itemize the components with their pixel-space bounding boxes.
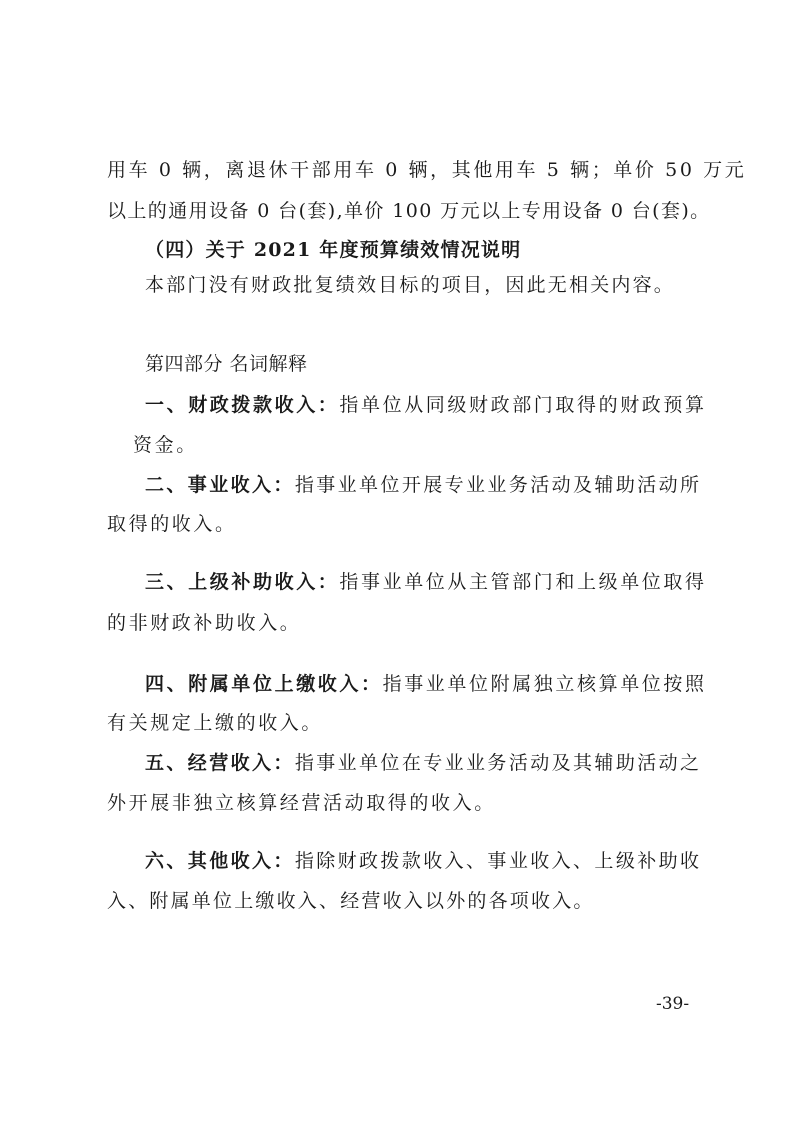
term-label: 四、附属单位上缴收入： bbox=[145, 673, 383, 695]
term-text: 指事业单位开展专业业务活动及辅助活动所 bbox=[295, 474, 702, 496]
term-definition-continued: 资金。 bbox=[133, 433, 198, 457]
section-heading: （四）关于 2021 年度预算绩效情况说明 bbox=[145, 238, 521, 262]
page-number: -39- bbox=[656, 994, 689, 1014]
term-definition-continued: 有关规定上缴的收入。 bbox=[107, 711, 323, 735]
term-label: 三、上级补助收入： bbox=[145, 571, 339, 593]
term-text: 指除财政拨款收入、事业收入、上级补助收 bbox=[295, 850, 702, 872]
paragraph-line: 以上的通用设备 0 台(套),单价 100 万元以上专用设备 0 台(套)。 bbox=[107, 199, 711, 223]
paragraph-line: 用车 0 辆，离退休干部用车 0 辆，其他用车 5 辆；单价 50 万元 bbox=[107, 158, 746, 182]
term-definition: 一、财政拨款收入：指单位从同级财政部门取得的财政预算 bbox=[145, 393, 707, 417]
term-label: 六、其他收入： bbox=[145, 850, 295, 872]
term-text: 指事业单位附属独立核算单位按照 bbox=[383, 673, 707, 695]
term-text: 指事业单位在专业业务活动及其辅助活动之 bbox=[295, 752, 702, 774]
term-label: 一、财政拨款收入： bbox=[145, 394, 339, 416]
term-definition-continued: 入、附属单位上缴收入、经营收入以外的各项收入。 bbox=[107, 889, 595, 913]
part-title: 第四部分 名词解释 bbox=[145, 352, 308, 376]
term-definition-continued: 的非财政补助收入。 bbox=[107, 611, 301, 635]
term-definition: 五、经营收入：指事业单位在专业业务活动及其辅助活动之 bbox=[145, 751, 701, 775]
term-definition: 四、附属单位上缴收入：指事业单位附属独立核算单位按照 bbox=[145, 672, 707, 696]
term-definition-continued: 外开展非独立核算经营活动取得的收入。 bbox=[107, 791, 496, 815]
term-definition: 三、上级补助收入：指事业单位从主管部门和上级单位取得 bbox=[145, 570, 707, 594]
paragraph-line: 本部门没有财政批复绩效目标的项目，因此无相关内容。 bbox=[145, 273, 675, 297]
term-text: 指事业单位从主管部门和上级单位取得 bbox=[339, 571, 706, 593]
term-label: 五、经营收入： bbox=[145, 752, 295, 774]
term-definition: 六、其他收入：指除财政拨款收入、事业收入、上级补助收 bbox=[145, 849, 701, 873]
term-text: 指单位从同级财政部门取得的财政预算 bbox=[339, 394, 706, 416]
term-definition: 二、事业收入：指事业单位开展专业业务活动及辅助活动所 bbox=[145, 473, 701, 497]
term-label: 二、事业收入： bbox=[145, 474, 295, 496]
term-definition-continued: 取得的收入。 bbox=[107, 512, 237, 536]
